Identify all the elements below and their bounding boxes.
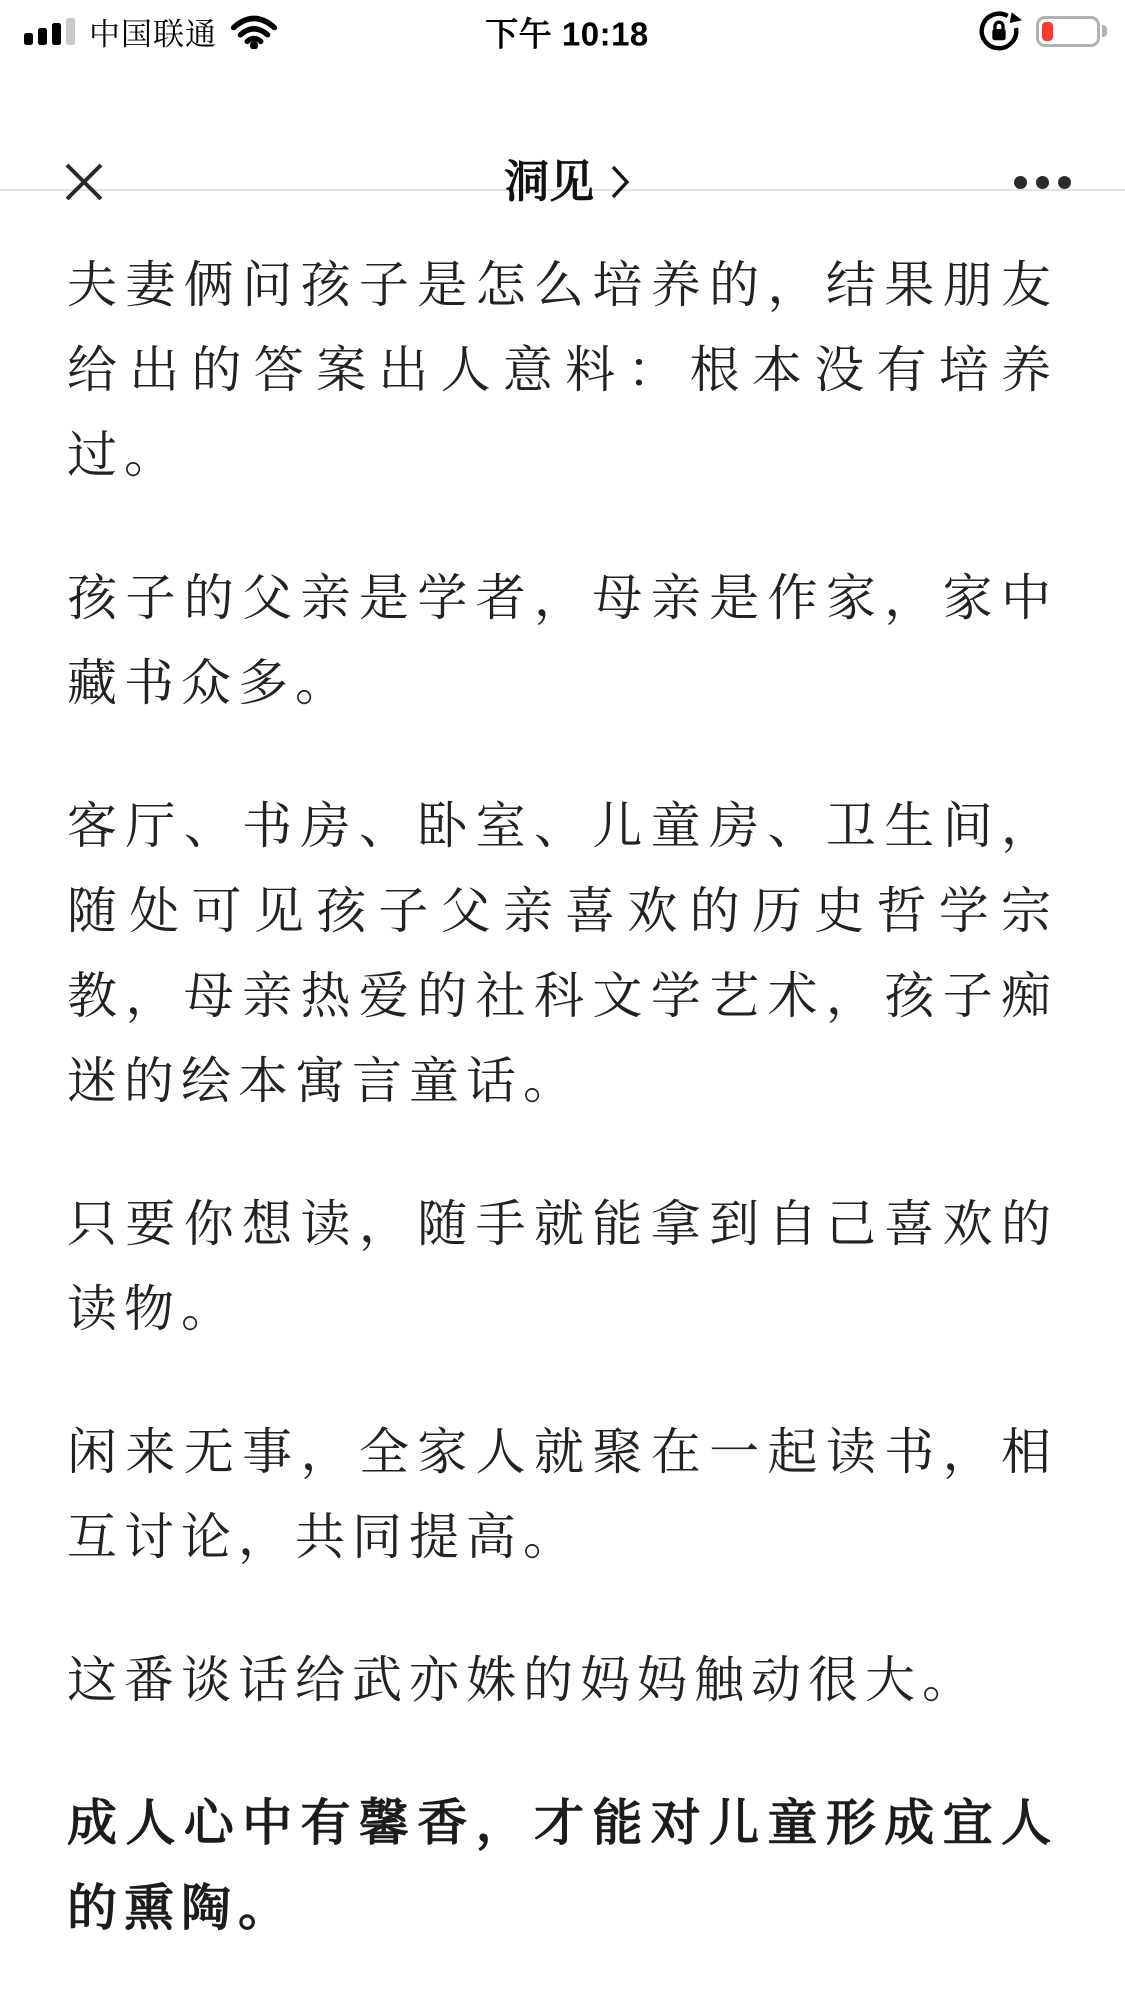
more-icon xyxy=(1036,176,1049,189)
paragraph: 成人心中有馨香，才能对儿童形成宜人的熏陶。 xyxy=(67,1781,1058,1951)
status-right-group xyxy=(976,8,1107,54)
paragraph: 只要你想读，随手就能拿到自己喜欢的读物。 xyxy=(67,1182,1058,1352)
battery-charge-level xyxy=(1042,22,1053,41)
paragraph: 闲来无事，全家人就聚在一起读书，相互讨论，共同提高。 xyxy=(67,1410,1058,1580)
wifi-icon xyxy=(230,13,278,49)
rotation-lock-icon xyxy=(976,8,1022,54)
status-left-group: 中国联通 xyxy=(24,9,278,54)
article-body[interactable]: 夫妻俩问孩子是怎么培养的，结果朋友给出的答案出人意料：根本没有培养过。孩子的父亲… xyxy=(0,193,1125,2001)
paragraph: 孩子的父亲是学者，母亲是作家，家中藏书众多。 xyxy=(67,556,1058,726)
status-time: 下午 10:18 xyxy=(485,8,649,55)
battery-nub xyxy=(1102,25,1107,37)
battery-low-icon xyxy=(1036,16,1107,47)
paragraph: 客厅、书房、卧室、儿童房、卫生间，随处可见孩子父亲喜欢的历史哲学宗教，母亲热爱的… xyxy=(67,784,1058,1124)
cellular-signal-icon xyxy=(24,17,76,45)
paragraph: 这番谈话给武亦姝的妈妈触动很大。 xyxy=(67,1638,1058,1723)
wechat-article-screen: 中国联通 下午 10:18 xyxy=(0,0,1125,2001)
more-icon xyxy=(1058,176,1071,189)
more-menu-button[interactable] xyxy=(1014,168,1071,196)
carrier-label: 中国联通 xyxy=(89,9,217,54)
paragraph: 夫妻俩问孩子是怎么培养的，结果朋友给出的答案出人意料：根本没有培养过。 xyxy=(67,243,1058,498)
battery-outline xyxy=(1036,16,1100,47)
more-icon xyxy=(1014,176,1027,189)
status-bar: 中国联通 下午 10:18 xyxy=(0,0,1125,56)
nav-bar: 洞见 xyxy=(0,56,1125,191)
